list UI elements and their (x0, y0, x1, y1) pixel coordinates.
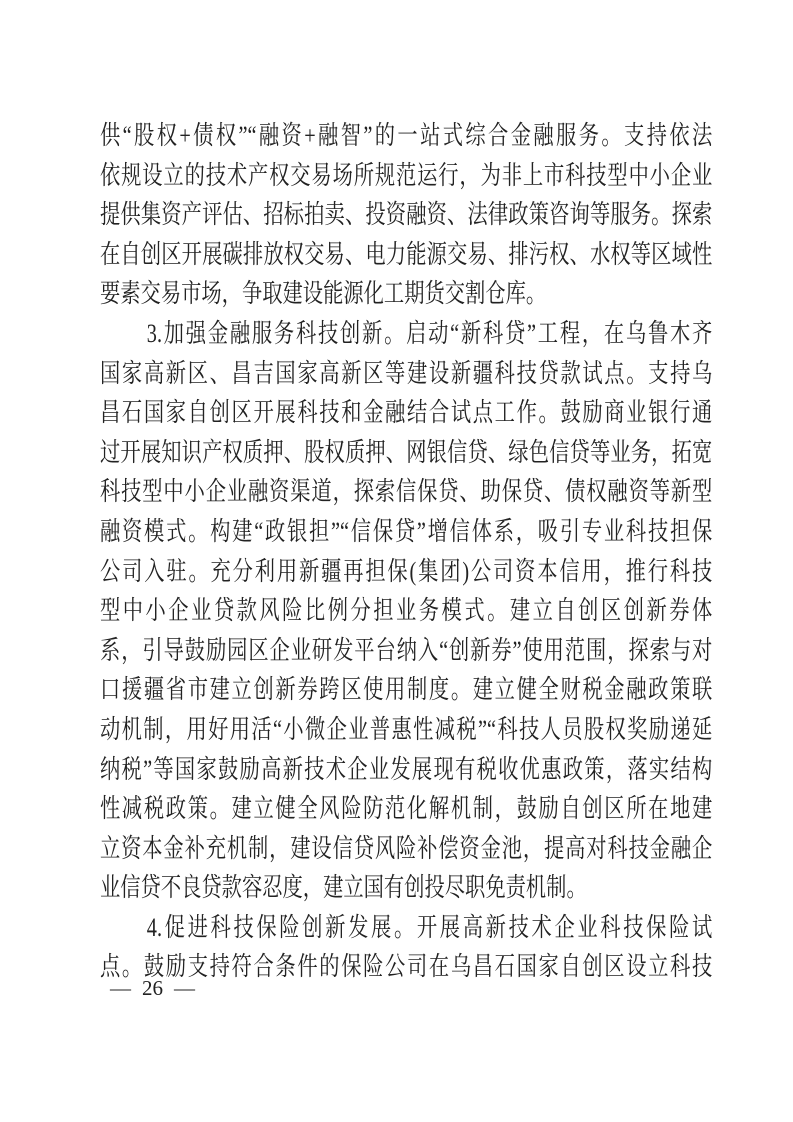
text-line: 要素交易市场，争取建设能源化工期货交割仓库。 (100, 274, 712, 314)
text-line: 在自创区开展碳排放权交易、电力能源交易、排污权、水权等区域性 (100, 235, 712, 275)
text-line: 口援疆省市建立创新券跨区使用制度。建立健全财税金融政策联 (100, 670, 712, 710)
page-number: 26 (142, 976, 163, 1000)
document-page: 供“股权+债权”“融资+融智”的一站式综合金融服务。支持依法依规设立的技术产权交… (0, 0, 793, 1122)
text-line: 科技型中小企业融资渠道，探索信保贷、助保贷、债权融资等新型 (100, 472, 712, 512)
text-line: 依规设立的技术产权交易场所规范运行，为非上市科技型中小企业 (100, 156, 712, 196)
footer-dash-right: — (174, 976, 195, 1000)
text-line: 业信贷不良贷款容忍度，建立国有创投尽职免责机制。 (100, 868, 712, 908)
paragraph: 3.加强金融服务科技创新。启动“新科贷”工程，在乌鲁木齐国家高新区、昌吉国家高新… (100, 314, 712, 908)
text-line: 性减税政策。建立健全风险防范化解机制，鼓励自创区所在地建 (100, 789, 712, 829)
page-footer: — 26 — (110, 976, 195, 1000)
text-line: 型中小企业贷款风险比例分担业务模式。建立自创区创新券体 (100, 591, 712, 631)
paragraph: 供“股权+债权”“融资+融智”的一站式综合金融服务。支持依法依规设立的技术产权交… (100, 116, 712, 314)
footer-dash-left: — (110, 976, 131, 1000)
text-line: 立资本金补充机制，建设信贷风险补偿资金池，提高对科技金融企 (100, 829, 712, 869)
text-line: 国家高新区、昌吉国家高新区等建设新疆科技贷款试点。支持乌 (100, 354, 712, 394)
document-body: 供“股权+债权”“融资+融智”的一站式综合金融服务。支持依法依规设立的技术产权交… (100, 116, 712, 987)
text-line: 昌石国家自创区开展科技和金融结合试点工作。鼓励商业银行通 (100, 393, 712, 433)
text-line: 供“股权+债权”“融资+融智”的一站式综合金融服务。支持依法 (100, 116, 712, 156)
text-line: 提供集资产评估、招标拍卖、投资融资、法律政策咨询等服务。探索 (100, 195, 712, 235)
text-line: 纳税”等国家鼓励高新技术企业发展现有税收优惠政策，落实结构 (100, 750, 712, 790)
text-line: 公司入驻。充分利用新疆再担保(集团)公司资本信用，推行科技 (100, 552, 712, 592)
text-line: 4.促进科技保险创新发展。开展高新技术企业科技保险试 (100, 908, 712, 948)
text-line: 动机制，用好用活“小微企业普惠性减税”“科技人员股权奖励递延 (100, 710, 712, 750)
text-line: 3.加强金融服务科技创新。启动“新科贷”工程，在乌鲁木齐 (100, 314, 712, 354)
text-line: 过开展知识产权质押、股权质押、网银信贷、绿色信贷等业务，拓宽 (100, 433, 712, 473)
text-line: 系，引导鼓励园区企业研发平台纳入“创新券”使用范围，探索与对 (100, 631, 712, 671)
text-line: 融资模式。构建“政银担”“信保贷”增信体系，吸引专业科技担保 (100, 512, 712, 552)
